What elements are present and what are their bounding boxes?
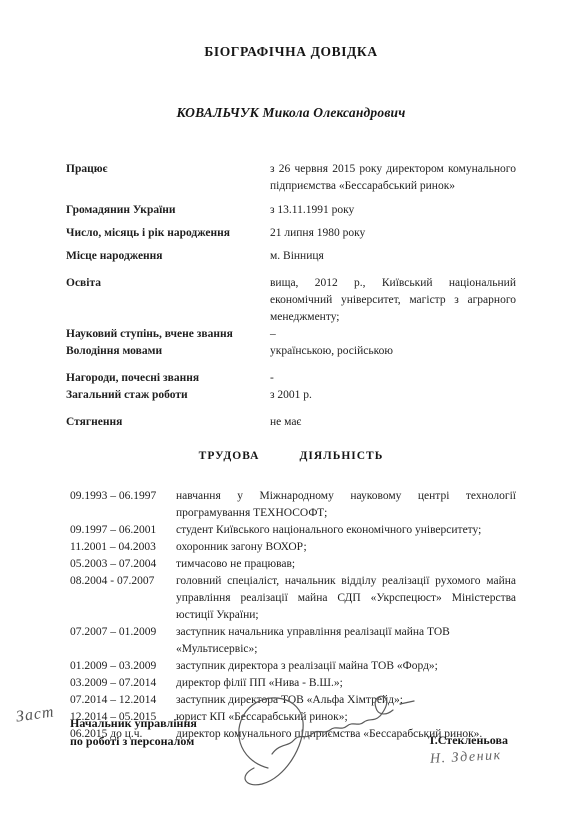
personal-info-section: Працює з 26 червня 2015 року директором … xyxy=(66,161,516,431)
approver-title: Начальник управління по роботі з персона… xyxy=(70,714,197,750)
work-entry-period: 07.2007 – 01.2009 xyxy=(70,624,176,658)
field-row-birthdate: Число, місяць і рік народження 21 липня … xyxy=(66,225,516,242)
work-entry-description: головний спеціаліст, начальник відділу р… xyxy=(176,573,516,624)
field-value: – xyxy=(270,326,516,343)
field-label: Місце народження xyxy=(66,248,270,265)
approver-title-line: Начальник управління xyxy=(70,714,197,732)
handwritten-note: Заст xyxy=(15,703,56,726)
work-entry-description: тимчасово не працював; xyxy=(176,556,516,573)
work-entry: 07.2007 – 01.2009 заступник начальника у… xyxy=(70,624,516,658)
approver-title-line: по роботі з персоналом xyxy=(70,732,197,750)
work-entry-description: заступник директора з реалізації майна Т… xyxy=(176,658,516,675)
signature-block: Заст Начальник управління по роботі з пе… xyxy=(0,688,580,818)
person-name: КОВАЛЬЧУК Микола Олександрович xyxy=(66,105,516,121)
signature-scribble xyxy=(222,688,422,788)
work-entry-period: 11.2001 – 04.2003 xyxy=(70,539,176,556)
field-row-degree: Науковий ступінь, вчене звання – xyxy=(66,326,516,343)
field-value: з 26 червня 2015 року директором комунал… xyxy=(270,161,516,195)
field-value: - xyxy=(270,370,516,387)
field-value: з 13.11.1991 року xyxy=(270,202,516,219)
field-label: Громадянин України xyxy=(66,202,270,219)
field-value: з 2001 р. xyxy=(270,387,516,404)
work-entry-period: 08.2004 - 07.2007 xyxy=(70,573,176,624)
field-row-employment: Працює з 26 червня 2015 року директором … xyxy=(66,161,516,195)
work-entry-period: 09.1997 – 06.2001 xyxy=(70,522,176,539)
document-page: БІОГРАФІЧНА ДОВІДКА КОВАЛЬЧУК Микола Оле… xyxy=(0,0,580,828)
field-value: 21 липня 1980 року xyxy=(270,225,516,242)
work-heading-word: ДІЯЛЬНІСТЬ xyxy=(299,450,383,462)
work-entry-description: заступник начальника управління реалізац… xyxy=(176,624,516,658)
field-value: м. Вінниця xyxy=(270,248,516,265)
field-value: не має xyxy=(270,414,516,431)
work-entry-description: студент Київського національного економі… xyxy=(176,522,516,539)
field-label: Загальний стаж роботи xyxy=(66,387,270,404)
document-title: БІОГРАФІЧНА ДОВІДКА xyxy=(66,44,516,60)
field-row-birthplace: Місце народження м. Вінниця xyxy=(66,248,516,265)
field-row-citizenship: Громадянин України з 13.11.1991 року xyxy=(66,202,516,219)
field-row-penalties: Стягнення не має xyxy=(66,414,516,431)
field-label: Стягнення xyxy=(66,414,270,431)
field-label: Освіта xyxy=(66,275,270,326)
work-entry: 01.2009 – 03.2009 заступник директора з … xyxy=(70,658,516,675)
work-entry: 05.2003 – 07.2004 тимчасово не працював; xyxy=(70,556,516,573)
field-label: Число, місяць і рік народження xyxy=(66,225,270,242)
work-entry: 09.1997 – 06.2001 студент Київського нац… xyxy=(70,522,516,539)
work-heading-word: ТРУДОВА xyxy=(199,450,260,462)
handwritten-signature: Н. Зденик xyxy=(430,748,502,768)
field-row-seniority: Загальний стаж роботи з 2001 р. xyxy=(66,387,516,404)
field-value: вища, 2012 р., Київський національний ек… xyxy=(270,275,516,326)
field-row-education: Освіта вища, 2012 р., Київський націонал… xyxy=(66,275,516,326)
field-label: Працює xyxy=(66,161,270,195)
work-entry-description: охоронник загону ВОХОР; xyxy=(176,539,516,556)
field-label: Володіння мовами xyxy=(66,343,270,360)
work-entry-period: 09.1993 – 06.1997 xyxy=(70,488,176,522)
field-value: українською, російською xyxy=(270,343,516,360)
work-history-heading: ТРУДОВА ДІЯЛЬНІСТЬ xyxy=(66,450,516,462)
approver-name: Т.Стекленьова xyxy=(428,733,508,748)
work-entry-description: навчання у Міжнародному науковому центрі… xyxy=(176,488,516,522)
work-entry: 08.2004 - 07.2007 головний спеціаліст, н… xyxy=(70,573,516,624)
work-entry-period: 05.2003 – 07.2004 xyxy=(70,556,176,573)
field-row-languages: Володіння мовами українською, російською xyxy=(66,343,516,360)
field-label: Науковий ступінь, вчене звання xyxy=(66,326,270,343)
work-entry: 11.2001 – 04.2003 охоронник загону ВОХОР… xyxy=(70,539,516,556)
field-row-awards: Нагороди, почесні звання - xyxy=(66,370,516,387)
work-entry: 09.1993 – 06.1997 навчання у Міжнародном… xyxy=(70,488,516,522)
work-entry-period: 01.2009 – 03.2009 xyxy=(70,658,176,675)
field-label: Нагороди, почесні звання xyxy=(66,370,270,387)
